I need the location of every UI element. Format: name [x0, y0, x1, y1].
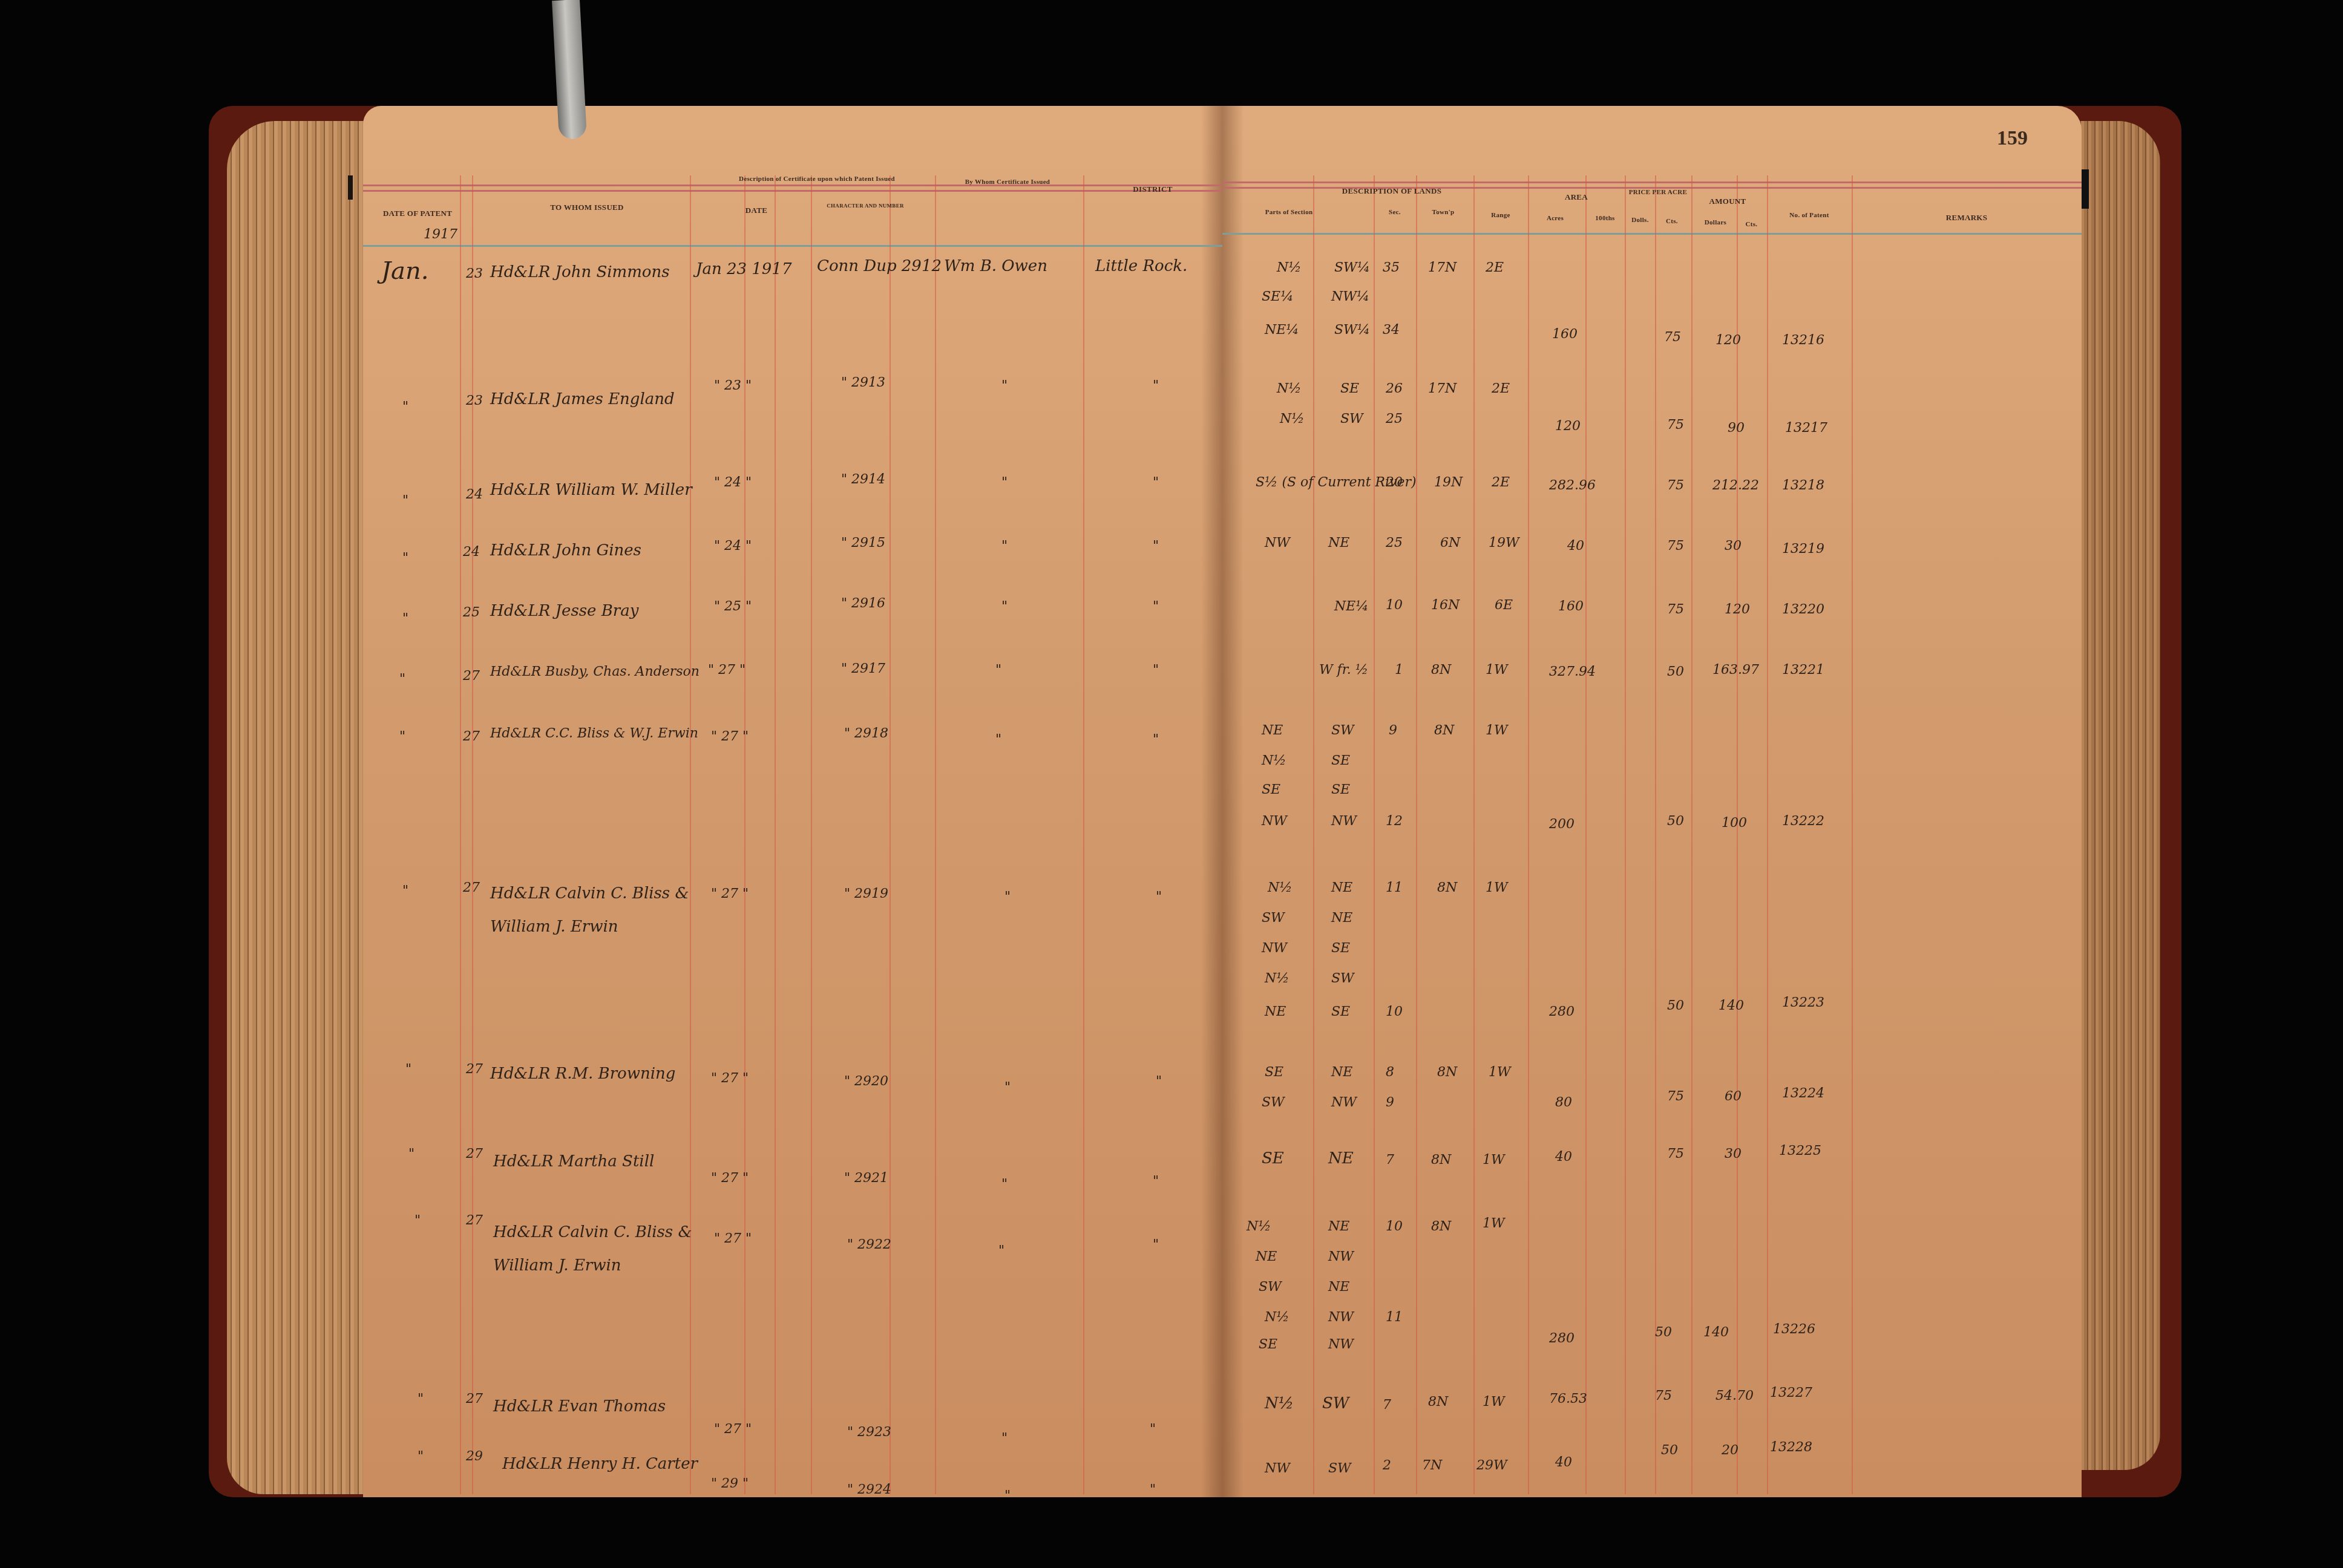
- ledger-cell: ": [1001, 475, 1008, 490]
- ledger-cell: ": [418, 1391, 424, 1406]
- ledger-cell: 1: [1395, 662, 1403, 678]
- ledger-cell: ": [408, 1146, 415, 1161]
- ledger-cell: " 27 ": [714, 1231, 752, 1246]
- ledger-cell: 13221: [1782, 662, 1824, 678]
- ledger-cell: SE: [1259, 1337, 1277, 1352]
- ledger-cell: 50: [1667, 664, 1684, 679]
- header-district: DISTRICT: [1107, 185, 1198, 194]
- ledger-cell: 27: [463, 729, 480, 744]
- ledger-cell: N½: [1277, 381, 1302, 396]
- column-rule: [1852, 175, 1853, 1494]
- ledger-cell: SE: [1262, 782, 1280, 797]
- ledger-cell: 50: [1667, 998, 1684, 1013]
- ledger-cell: 76.53: [1549, 1391, 1587, 1406]
- ledger-cell: N½: [1262, 753, 1286, 768]
- ledger-cell: N½: [1277, 260, 1302, 275]
- ledger-cell: 11: [1386, 880, 1403, 895]
- ledger-cell: 140: [1703, 1325, 1729, 1340]
- ledger-cell: " 2915: [841, 535, 885, 550]
- ledger-cell: " 2922: [847, 1237, 891, 1252]
- ledger-cell: 40: [1555, 1149, 1572, 1165]
- ledger-cell: ": [402, 611, 408, 626]
- ledger-cell: ": [1153, 538, 1159, 554]
- ledger-cell: SW¼: [1334, 260, 1370, 275]
- ledger-cell: SW: [1262, 910, 1285, 926]
- header-blue-rule-right: [1222, 233, 2082, 235]
- ledger-cell: 29W: [1476, 1458, 1507, 1473]
- ledger-cell: SE: [1331, 941, 1350, 956]
- ledger-cell: " 2921: [844, 1171, 888, 1186]
- ledger-cell: 1W: [1483, 1216, 1505, 1231]
- ledger-cell: ": [1001, 378, 1008, 393]
- ledger-cell: NW: [1262, 814, 1287, 829]
- ledger-cell: SW: [1262, 1095, 1285, 1110]
- ledger-cell: NE: [1262, 723, 1283, 738]
- ledger-cell: 8N: [1431, 1219, 1451, 1234]
- ledger-cell: NW: [1331, 814, 1357, 829]
- header-parts-of-section: Parts of Section: [1259, 209, 1319, 216]
- ledger-cell: NE: [1331, 880, 1352, 895]
- ledger-cell: 90: [1728, 420, 1745, 436]
- ledger-cell: ": [1001, 1431, 1008, 1446]
- ledger-cell: ": [415, 1213, 421, 1228]
- ledger-cell: SE: [1331, 1004, 1350, 1019]
- ledger-cell: NE¼: [1334, 599, 1369, 614]
- ledger-cell: 160: [1558, 599, 1584, 614]
- column-rule: [1737, 175, 1738, 1494]
- ledger-cell: ": [399, 729, 405, 744]
- ledger-cell: " 2923: [847, 1425, 891, 1440]
- ledger-cell: ": [1153, 1237, 1159, 1252]
- ledger-cell: ": [402, 399, 408, 414]
- ledger-cell: 19W: [1489, 535, 1519, 550]
- ledger-cell: 24: [463, 544, 480, 560]
- patentee-name: Hd&LR John Simmons: [490, 263, 670, 281]
- ledger-cell: N½: [1268, 880, 1293, 895]
- ledger-cell: " 24 ": [714, 475, 752, 490]
- ledger-cell: " 2920: [844, 1074, 888, 1089]
- ledger-cell: Hd&LR Henry H. Carter: [502, 1455, 698, 1473]
- ledger-cell: " 27 ": [711, 886, 749, 901]
- edge-mark: [348, 175, 353, 200]
- ledger-cell: " 2914: [841, 472, 885, 487]
- ledger-cell: 140: [1719, 998, 1744, 1013]
- column-rule: [1473, 175, 1475, 1494]
- ledger-cell: 8N: [1437, 880, 1457, 895]
- ledger-cell: ": [998, 1243, 1004, 1258]
- book-gutter: [1201, 106, 1244, 1497]
- ledger-cell: 6E: [1495, 598, 1513, 613]
- ledger-cell: ": [1153, 732, 1159, 747]
- ledger-cell: 75: [1664, 330, 1681, 345]
- ledger-cell: 23: [466, 266, 483, 281]
- ledger-cell: 80: [1555, 1095, 1572, 1110]
- ledger-cell: 13223: [1782, 995, 1824, 1010]
- ledger-cell: 280: [1549, 1331, 1575, 1346]
- ledger-cell: N½: [1280, 411, 1305, 426]
- ledger-cell: ": [1156, 1074, 1162, 1089]
- ledger-cell: 13220: [1782, 602, 1824, 617]
- ledger-cell: 280: [1549, 1004, 1575, 1019]
- ledger-cell: 13222: [1782, 814, 1824, 829]
- ledger-cell: 160: [1552, 327, 1578, 342]
- header-certificate-description: Description of Certificate upon which Pa…: [702, 175, 932, 183]
- ledger-cell: 50: [1661, 1443, 1678, 1458]
- ledger-cell: 282.96: [1549, 478, 1596, 493]
- ledger-cell: 7: [1383, 1397, 1391, 1413]
- ledger-cell: 50: [1655, 1325, 1672, 1340]
- header-dolls: Dolls.: [1627, 217, 1654, 224]
- left-page: [363, 106, 1222, 1497]
- column-rule: [1416, 175, 1417, 1494]
- ledger-cell: 60: [1725, 1089, 1742, 1104]
- ledger-cell: 27: [463, 880, 480, 895]
- ledger-cell: 26: [1386, 381, 1403, 396]
- header-dollars: Dollars: [1694, 219, 1737, 226]
- ledger-cell: 13225: [1779, 1143, 1821, 1158]
- ledger-cell: 2E: [1492, 475, 1510, 490]
- ledger-cell: " 24 ": [714, 538, 752, 554]
- ledger-cell: NE¼: [1265, 322, 1299, 338]
- ledger-cell: ": [995, 732, 1001, 747]
- ledger-cell: 27: [466, 1146, 483, 1161]
- header-description-of-lands: DESCRIPTION OF LANDS: [1301, 186, 1483, 196]
- ledger-cell: 7: [1386, 1152, 1394, 1168]
- ledger-cell: 13219: [1782, 541, 1824, 557]
- ledger-cell: ": [1001, 599, 1008, 614]
- ledger-cell: 200: [1549, 817, 1575, 832]
- ledger-cell: 1W: [1486, 723, 1508, 738]
- ledger-cell: 17N: [1428, 381, 1457, 396]
- ledger-cell: " 2924: [847, 1482, 891, 1497]
- ledger-cell: ": [399, 671, 405, 687]
- ledger-cell: W fr. ½: [1319, 662, 1368, 678]
- header-remarks: REMARKS: [1906, 213, 2027, 223]
- ledger-cell: ": [1004, 1488, 1011, 1503]
- ledger-cell: " 27 ": [708, 662, 745, 678]
- ledger-cell: N½: [1265, 1394, 1294, 1413]
- header-sec: Sec.: [1380, 209, 1410, 216]
- page-tab-marker: [2082, 169, 2089, 209]
- page-edges-left: [227, 121, 366, 1494]
- header-area: AREA: [1555, 192, 1597, 202]
- ledger-cell: ": [1150, 1422, 1156, 1437]
- ledger-cell: SE: [1265, 1065, 1283, 1080]
- header-by-whom: By Whom Certificate Issued: [941, 178, 1074, 186]
- ledger-cell: SW: [1331, 723, 1354, 738]
- ledger-cell: 1W: [1483, 1394, 1505, 1410]
- ledger-cell: 1W: [1486, 880, 1508, 895]
- ledger-cell: 8N: [1431, 662, 1451, 678]
- ledger-cell: 13224: [1782, 1086, 1824, 1101]
- ledger-cell: " 23 ": [714, 378, 752, 393]
- ledger-cell: SW: [1259, 1279, 1282, 1295]
- ledger-cell: 54.70: [1715, 1388, 1754, 1403]
- column-rule: [1655, 175, 1656, 1494]
- ledger-cell: ": [402, 550, 408, 566]
- header-acres: Acres: [1531, 215, 1579, 222]
- ledger-cell: NW: [1328, 1310, 1354, 1325]
- ledger-cell: ": [1153, 475, 1159, 490]
- ledger-cell: 9: [1389, 723, 1397, 738]
- ledger-cell: N½: [1247, 1219, 1271, 1234]
- ledger-cell: Hd&LR William W. Miller: [490, 481, 692, 499]
- ledger-cell: 10: [1386, 1004, 1403, 1019]
- ledger-cell: ": [402, 493, 408, 508]
- ledger-cell: NE: [1256, 1249, 1277, 1264]
- ledger-cell: Jan.: [381, 257, 428, 285]
- ledger-cell: " 2918: [844, 726, 888, 741]
- ledger-cell: NE: [1328, 1279, 1349, 1295]
- column-rule: [890, 175, 891, 1494]
- ledger-cell: 30: [1725, 1146, 1742, 1161]
- column-rule: [1528, 175, 1529, 1494]
- ledger-cell: " 27 ": [711, 1171, 749, 1186]
- ledger-cell: 2: [1383, 1458, 1391, 1473]
- ledger-cell: " 27 ": [711, 1071, 749, 1086]
- ledger-cell: 75: [1667, 417, 1684, 433]
- ledger-cell: NE: [1265, 1004, 1286, 1019]
- ledger-cell: SE: [1331, 753, 1350, 768]
- ledger-cell: 120: [1715, 333, 1741, 348]
- ledger-cell: NE: [1331, 1065, 1352, 1080]
- ledger-cell: 8: [1386, 1065, 1394, 1080]
- page-edges-right: [2069, 121, 2160, 1470]
- column-rule: [1083, 175, 1084, 1494]
- ledger-cell: " 29 ": [711, 1476, 749, 1491]
- header-to-whom-issued: TO WHOM ISSUED: [520, 203, 654, 212]
- ledger-cell: 10: [1386, 1219, 1403, 1234]
- column-rule: [1691, 175, 1693, 1494]
- ledger-cell: 1W: [1489, 1065, 1511, 1080]
- ledger-cell: 1W: [1486, 662, 1508, 678]
- ledger-cell: 327.94: [1549, 664, 1596, 679]
- ledger-cell: 24: [466, 487, 483, 502]
- header-cts: Cts.: [1657, 218, 1687, 225]
- ledger-cell: Hd&LR John Gines: [490, 541, 641, 560]
- ledger-cell: 75: [1667, 1146, 1684, 1161]
- ledger-cell: 27: [466, 1213, 483, 1228]
- ledger-cell: Hd&LR C.C. Bliss & W.J. Erwin: [490, 726, 698, 741]
- ledger-cell: ": [1150, 1482, 1156, 1497]
- ledger-cell: NE: [1328, 535, 1349, 550]
- ledger-cell: 13217: [1785, 420, 1827, 436]
- ledger-cell: ": [1001, 538, 1008, 554]
- ledger-cell: 8N: [1437, 1065, 1457, 1080]
- ledger-cell: 2E: [1492, 381, 1510, 396]
- ledger-cell: NE: [1328, 1149, 1354, 1168]
- ledger-cell: NW: [1328, 1249, 1354, 1264]
- header-amount: AMOUNT: [1694, 197, 1761, 206]
- ledger-cell: ": [995, 662, 1001, 678]
- ledger-cell: 35: [1383, 260, 1400, 275]
- header-character-number: CHARACTER AND NUMBER: [805, 203, 926, 209]
- header-township: Town'p: [1419, 209, 1467, 216]
- ledger-cell: 25: [1386, 535, 1403, 550]
- column-rule: [935, 175, 936, 1494]
- column-rule: [744, 175, 745, 1494]
- ledger-cell: " 27 ": [711, 729, 749, 744]
- ledger-cell: SW: [1322, 1394, 1349, 1413]
- ledger-cell: 17N: [1428, 260, 1457, 275]
- header-cert-date: DATE: [726, 206, 787, 215]
- ledger-cell: 163.97: [1712, 662, 1759, 678]
- ledger-cell: Little Rock.: [1095, 257, 1187, 275]
- header-patent-no: No. of Patent: [1773, 212, 1846, 219]
- ledger-cell: SW¼: [1334, 322, 1370, 338]
- ledger-cell: 6N: [1440, 535, 1460, 550]
- year-label: 1917: [424, 227, 457, 242]
- ledger-cell: ": [1153, 1174, 1159, 1189]
- ledger-cell: 19N: [1434, 475, 1463, 490]
- ledger-cell: " 25 ": [714, 599, 752, 614]
- ledger-cell: NW: [1265, 1461, 1290, 1476]
- ledger-cell: ": [1156, 889, 1162, 904]
- ledger-cell: 16N: [1431, 598, 1460, 613]
- ledger-cell: 120: [1555, 419, 1581, 434]
- ledger-cell: 23: [466, 393, 483, 408]
- ledger-cell: 212.22: [1712, 478, 1759, 493]
- right-page: [1222, 106, 2082, 1497]
- ledger-cell: Conn Dup 2912: [817, 257, 942, 275]
- ledger-cell: ": [1153, 378, 1159, 393]
- ledger-cell: " 2916: [841, 596, 885, 611]
- ledger-cell: SE¼: [1262, 289, 1293, 304]
- ledger-cell: 34: [1383, 322, 1400, 338]
- ledger-cell: 20: [1386, 475, 1403, 490]
- ledger-cell: 10: [1386, 598, 1403, 613]
- ledger-cell: " 2919: [844, 886, 888, 901]
- ledger-cell: 7N: [1422, 1458, 1442, 1473]
- ledger-cell: 13227: [1770, 1385, 1812, 1400]
- ledger-cell: 2E: [1486, 260, 1504, 275]
- ledger-cell: 75: [1667, 1089, 1684, 1104]
- ledger-cell: ": [1004, 889, 1011, 904]
- ledger-cell: Hd&LR R.M. Browning: [490, 1065, 675, 1083]
- ledger-cell: NW: [1262, 941, 1287, 956]
- ledger-cell: 40: [1555, 1455, 1572, 1470]
- ledger-cell: 75: [1667, 538, 1684, 554]
- ledger-cell: 8N: [1428, 1394, 1448, 1410]
- ledger-cell: Hd&LR Busby, Chas. Anderson: [490, 664, 700, 679]
- header-cts-amount: Cts.: [1738, 221, 1765, 228]
- ledger-cell: N½: [1265, 1310, 1289, 1325]
- header-red-rule-left: [363, 185, 1222, 192]
- ledger-cell: ": [1153, 662, 1159, 678]
- ledger-cell: ": [405, 1062, 411, 1077]
- ledger-cell: NW: [1331, 1095, 1357, 1110]
- ledger-cell: 20: [1722, 1443, 1738, 1458]
- ledger-cell: Hd&LR Martha Still: [493, 1152, 654, 1171]
- ledger-cell: Hd&LR Evan Thomas: [493, 1397, 666, 1416]
- column-rule: [1313, 175, 1314, 1494]
- ledger-cell: ": [1153, 599, 1159, 614]
- ledger-cell: " 27 ": [714, 1422, 752, 1437]
- column-rule: [1767, 175, 1768, 1494]
- column-rule: [811, 175, 812, 1494]
- ledger-cell: ": [1004, 1080, 1011, 1095]
- ledger-cell: 13226: [1773, 1322, 1815, 1337]
- ledger-cell: ": [418, 1449, 424, 1464]
- column-rule: [1374, 175, 1375, 1494]
- ledger-cell: SW: [1331, 971, 1354, 986]
- page-number: 159: [1997, 127, 2028, 150]
- ledger-cell: 75: [1667, 478, 1684, 493]
- ledger-cell: 40: [1567, 538, 1584, 554]
- header-blue-rule-left: [363, 245, 1222, 247]
- header-range: Range: [1476, 212, 1525, 219]
- ledger-cell: 8N: [1434, 723, 1454, 738]
- header-hundredths: 100ths: [1588, 215, 1622, 222]
- ledger-cell: 25: [1386, 411, 1403, 426]
- column-rule: [1585, 175, 1587, 1494]
- column-rule: [775, 175, 776, 1494]
- column-rule: [1625, 175, 1626, 1494]
- ledger-cell: 11: [1386, 1310, 1403, 1325]
- ledger-cell: 100: [1722, 815, 1747, 831]
- ledger-cell: NE: [1331, 910, 1352, 926]
- column-rule: [460, 175, 461, 1494]
- column-rule: [472, 175, 473, 1494]
- header-date-of-patent: DATE OF PATENT: [372, 209, 463, 218]
- ledger-cell: 27: [466, 1391, 483, 1406]
- ledger-cell: SE: [1340, 381, 1359, 396]
- ledger-cell: 50: [1667, 814, 1684, 829]
- ledger-cell: Hd&LR Calvin C. Bliss & William J. Erwin: [493, 1216, 693, 1282]
- header-price-per-acre: PRICE PER ACRE: [1628, 189, 1688, 196]
- patent-number: 13216: [1782, 333, 1824, 348]
- ledger-cell: 13218: [1782, 478, 1824, 493]
- ledger-cell: 30: [1725, 538, 1742, 554]
- ledger-cell: " 2913: [841, 375, 885, 390]
- ledger-cell: NW: [1265, 535, 1290, 550]
- ledger-cell: ": [402, 883, 408, 898]
- column-rule: [690, 175, 691, 1494]
- ledger-cell: SE: [1262, 1149, 1284, 1168]
- ledger-cell: NW¼: [1331, 289, 1369, 304]
- ledger-cell: SE: [1331, 782, 1350, 797]
- ledger-cell: Hd&LR Jesse Bray: [490, 602, 638, 620]
- ledger-cell: 13228: [1770, 1440, 1812, 1455]
- ledger-cell: SW: [1328, 1461, 1351, 1476]
- ledger-cell: NW: [1328, 1337, 1354, 1352]
- ledger-cell: N½: [1265, 971, 1289, 986]
- ledger-cell: 75: [1655, 1388, 1672, 1403]
- ledger-cell: 12: [1386, 814, 1403, 829]
- ledger-cell: 27: [466, 1062, 483, 1077]
- ledger-cell: NE: [1328, 1219, 1349, 1234]
- ledger-cell: 25: [463, 605, 480, 620]
- ledger-cell: 1W: [1483, 1152, 1505, 1168]
- ledger-cell: Hd&LR James England: [490, 390, 675, 408]
- ledger-cell: Hd&LR Calvin C. Bliss & William J. Erwin: [490, 877, 690, 944]
- ledger-cell: " 2917: [841, 661, 885, 676]
- ledger-cell: 29: [466, 1449, 483, 1464]
- ledger-cell: 8N: [1431, 1152, 1451, 1168]
- ledger-cell: Wm B. Owen: [944, 257, 1047, 275]
- ledger-cell: 9: [1386, 1095, 1394, 1110]
- ledger-cell: 75: [1667, 602, 1684, 617]
- ledger-cell: SW: [1340, 411, 1363, 426]
- ledger-cell: 27: [463, 668, 480, 684]
- ledger-cell: Jan 23 1917: [696, 260, 791, 278]
- ledger-cell: ": [1001, 1177, 1008, 1192]
- ledger-cell: 120: [1725, 602, 1750, 617]
